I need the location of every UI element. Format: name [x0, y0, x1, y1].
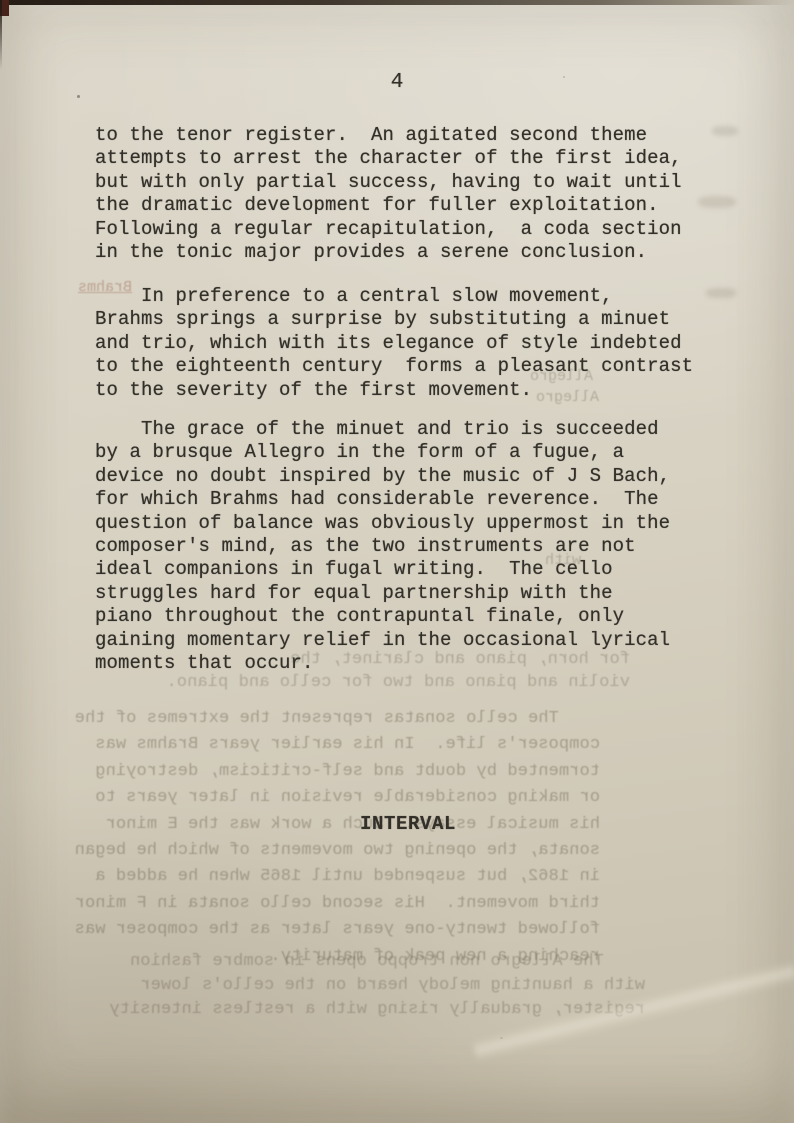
text-line: attempts to arrest the character of the … [95, 147, 682, 170]
text-line: for which Brahms had considerable revere… [95, 488, 670, 511]
paragraph-minuet-and-trio: In preference to a central slow movement… [95, 285, 693, 402]
text-line: struggles hard for equal partnership wit… [95, 582, 670, 605]
text-line: Following a regular recapitulation, a co… [95, 218, 682, 241]
dust-speck [77, 95, 80, 98]
dust-speck [563, 76, 565, 78]
text-line: to the eighteenth century forms a pleasa… [95, 355, 693, 378]
document-page: 4 for horn, piano and clarinet, thevioli… [0, 0, 794, 1123]
page-top-edge [0, 0, 794, 5]
text-line: but with only partial success, having to… [95, 171, 682, 194]
text-line: ideal companions in fugal writing. The c… [95, 558, 670, 581]
text-line: in the tonic major provides a serene con… [95, 241, 682, 264]
text-line: his musical essays. Such a work was the … [52, 812, 600, 838]
edge-smudge [712, 126, 738, 136]
text-line: The Allegro non troppo opens in sombre f… [70, 950, 645, 974]
text-line: or making considerable revision in later… [52, 785, 600, 811]
bleedthrough-text-bottom: The Allegro non troppo opens in sombre f… [70, 950, 645, 1022]
edge-smudge [698, 196, 736, 208]
text-line: and trio, which with its elegance of sty… [95, 332, 693, 355]
text-line: composer's life. In his earlier years Br… [52, 732, 600, 758]
edge-smudge [706, 288, 736, 298]
text-line: third movement. His second cello sonata … [52, 891, 600, 917]
text-line: gaining momentary relief in the occasion… [95, 629, 670, 652]
text-line: sonata, the opening two movements of whi… [52, 838, 600, 864]
text-line: in 1862, but suspended until 1865 when h… [52, 864, 600, 890]
text-line: device no doubt inspired by the music of… [95, 465, 670, 488]
interval-heading: INTERVAL [360, 813, 456, 835]
text-line: question of balance was obviously upperm… [95, 512, 670, 535]
text-line: piano throughout the contrapuntal finale… [95, 605, 670, 628]
page-number: 4 [0, 71, 794, 94]
text-line: followed twenty-one years later as the c… [52, 917, 600, 943]
text-line: composer's mind, as the two instruments … [95, 535, 670, 558]
text-line: Brahms springs a surprise by substitutin… [95, 308, 693, 331]
text-line: The cello sonatas represent the extremes… [52, 706, 600, 732]
page-left-edge [0, 0, 2, 70]
text-line: to the tenor register. An agitated secon… [95, 124, 682, 147]
paragraph-first-movement: to the tenor register. An agitated secon… [95, 124, 682, 264]
text-line: to the severity of the first movement. [95, 379, 693, 402]
bleedthrough-text-middle: The cello sonatas represent the extremes… [52, 706, 600, 970]
text-line: tormented by doubt and self-criticism, d… [52, 759, 600, 785]
text-line: moments that occur. [95, 652, 670, 675]
text-line: The grace of the minuet and trio is succ… [95, 418, 670, 441]
text-line: by a brusque Allegro in the form of a fu… [95, 441, 670, 464]
text-line: the dramatic development for fuller expl… [95, 194, 682, 217]
text-line: In preference to a central slow movement… [95, 285, 693, 308]
text-line: with a haunting melody heard on the cell… [70, 974, 645, 998]
paragraph-fugue-finale: The grace of the minuet and trio is succ… [95, 418, 670, 675]
